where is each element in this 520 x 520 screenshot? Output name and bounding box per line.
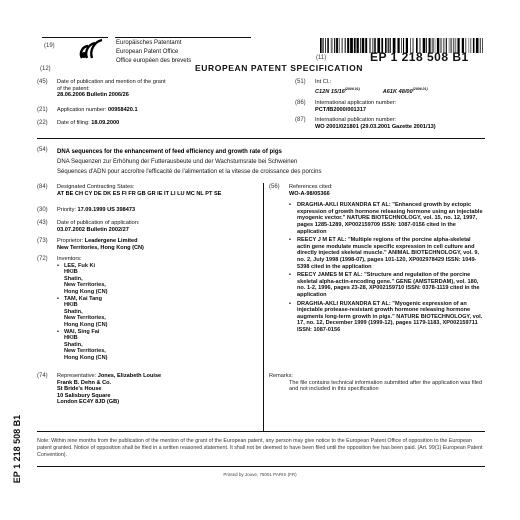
priority-label: Priority: (57, 207, 76, 213)
inventor-name: LEE, Fuk Ki (57, 263, 108, 270)
code-86: (86) (295, 100, 315, 113)
title-de: DNA Sequenzen zur Erhöhung der Futteraus… (57, 157, 321, 167)
code-56: (56) (269, 184, 289, 333)
office-name-de: Europäisches Patentamt (116, 39, 191, 48)
citation-item: DRAGHIA-AKLI RUXANDRA ET AL: "Enhanced g… (289, 202, 485, 235)
representative-label: Representative: (57, 373, 96, 379)
application-number-value: 00958420.1 (108, 107, 138, 113)
code-21: (21) (37, 107, 57, 114)
code-22: (22) (37, 120, 57, 127)
office-name-fr: Office européen des brevets (116, 57, 191, 66)
references-label: References cited: (289, 184, 485, 191)
proprietor-label: Proprietor: (57, 238, 83, 244)
citation-item: REECY JAMES M ET AL: "Structure and regu… (289, 272, 485, 298)
remarks-label: Remarks: (269, 373, 484, 380)
grant-date-value: 28.06.2006 Bulletin 2006/26 (57, 92, 167, 99)
inventor-address-line: Shatin, (57, 342, 108, 349)
intl-publication-value: WO 2001/021801 (29.03.2001 Gazette 2001/… (315, 124, 436, 131)
code-19: (19) (44, 43, 55, 49)
code-54: (54) (37, 147, 57, 177)
priority-value: 17.09.1999 US 398473 (78, 207, 136, 213)
publication-number: EP 1 218 508 B1 (370, 50, 469, 64)
citation-list: DRAGHIA-AKLI RUXANDRA ET AL: "Enhanced g… (289, 202, 485, 333)
code-11: (11) (316, 55, 326, 61)
intl-application-label: International application number: (315, 100, 396, 107)
representative-address-line: London EC4Y 8JD (GB) (57, 399, 161, 406)
reference-first: WO-A-98/05366 (289, 191, 485, 198)
intl-publication-label: International publication number: (315, 117, 436, 124)
inventor-address-line: HKIB (57, 302, 108, 309)
inventor-address-line: New Territories, (57, 315, 108, 322)
epo-logo-icon (78, 38, 106, 60)
remarks-text: The file contains technical information … (269, 380, 484, 393)
code-84: (84) (37, 184, 57, 197)
inventor-address-line: Shatin, (57, 276, 108, 283)
representative-address: Frank B. Dehn & Co.St Bride's House10 Sa… (57, 380, 161, 406)
proprietor-place: New Territories, Hong Kong (CN) (57, 245, 144, 252)
designated-states-value: AT BE CH CY DE DK ES FI FR GB GR IE IT L… (57, 191, 221, 198)
inventor-address-line: HKIB (57, 335, 108, 342)
inventor-name: WAI, Sing Fai (57, 329, 108, 336)
printer-footer: Printed by Jouve, 75001 PARIS (FR) (0, 472, 520, 477)
representative-address-line: St Bride's House (57, 386, 161, 393)
designated-states-label: Designated Contracting States: (57, 184, 221, 191)
inventor-address-line: Shatin, (57, 309, 108, 316)
inventor-address-line: New Territories, (57, 282, 108, 289)
inventor-address-line: New Territories, (57, 348, 108, 355)
document-type: EUROPEAN PATENT SPECIFICATION (195, 63, 363, 73)
opposition-note: Note: Within nine months from the public… (37, 438, 485, 458)
application-number-label: Application number: (57, 107, 106, 113)
inventor-name: TAM, Kai Tang (57, 296, 108, 303)
code-74: (74) (37, 373, 57, 406)
citation-item: DRAGHIA-AKLI RUXANDRA ET AL: "Myogenic e… (289, 301, 485, 334)
app-publication-value: 03.07.2002 Bulletin 2002/27 (57, 227, 139, 234)
ipc-2: A61K 48/00 (383, 88, 413, 94)
ipc-2-version: (2006.01) (413, 87, 428, 91)
intl-application-value: PCT/IB2000/001317 (315, 107, 396, 114)
code-45: (45) (37, 79, 57, 99)
filing-date-value: 18.09.2000 (91, 120, 119, 126)
title-en: DNA sequences for the enhancement of fee… (57, 147, 321, 157)
title-fr: Séquences d'ADN pour accroître l'efficac… (57, 167, 321, 177)
filing-date-label: Date of filing: (57, 120, 90, 126)
code-43: (43) (37, 220, 57, 233)
office-name-en: European Patent Office (116, 48, 191, 57)
ipc-label: Int Cl.: (315, 79, 428, 86)
inventor-address-line: Hong Kong (CN) (57, 322, 108, 329)
inventors-list: LEE, Fuk KiHKIBShatin,New Territories,Ho… (57, 263, 108, 362)
code-12: (12) (40, 66, 51, 72)
representative-name: Jones, Elizabeth Louise (98, 373, 161, 379)
proprietor-name: Leadergene Limited (85, 238, 138, 244)
citation-item: REECY J M ET AL: "Multiple regions of th… (289, 237, 485, 270)
code-73: (73) (37, 238, 57, 251)
app-publication-label: Date of publication of application: (57, 220, 139, 227)
code-87: (87) (295, 117, 315, 130)
representative-address-line: 10 Salisbury Square (57, 393, 161, 400)
inventor-address-line: Hong Kong (CN) (57, 289, 108, 296)
grant-date-label: Date of publication and mention of the g… (57, 79, 167, 92)
ipc-1: C12N 15/16 (315, 88, 345, 94)
inventor-address-line: HKIB (57, 269, 108, 276)
code-72: (72) (37, 256, 57, 362)
inventors-label: Inventors: (57, 256, 108, 263)
representative-address-line: Frank B. Dehn & Co. (57, 380, 161, 387)
ipc-1-version: (2006.01) (345, 87, 360, 91)
code-51: (51) (295, 79, 315, 95)
side-publication-number: EP 1 218 508 B1 (12, 404, 22, 494)
code-30: (30) (37, 207, 57, 214)
inventor-address-line: Hong Kong (CN) (57, 355, 108, 362)
